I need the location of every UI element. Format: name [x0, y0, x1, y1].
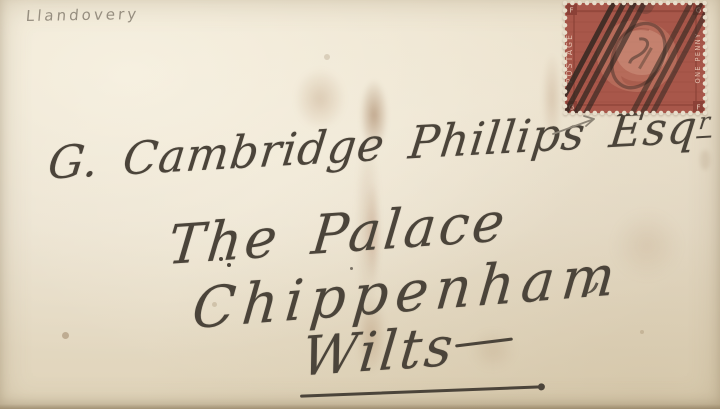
address-line-county: Wilts [299, 314, 459, 388]
ink-flourish-t-cross [455, 337, 513, 347]
stamp-corner-letter-bottom-right: F [696, 104, 700, 112]
stamp-right-inscription: ONE PENNY [694, 32, 702, 83]
postage-stamp: POSTAGE ONE PENNY F G G F [561, 0, 709, 116]
ink-dot [219, 257, 223, 261]
pencil-arrow [550, 110, 602, 138]
ink-dot [227, 263, 231, 267]
stain-speck [640, 330, 644, 334]
stamp-corner-letter-top-left: F [569, 7, 573, 15]
envelope-front: Llandovery G. Cambridge Phillips Esqr Th… [0, 0, 720, 409]
stain-speck [324, 54, 330, 60]
ink-dot [350, 267, 353, 270]
pencil-note: Llandovery [25, 5, 140, 25]
stain [470, 330, 516, 370]
ink-underline-flourish [300, 385, 542, 397]
stain-speck [62, 332, 69, 339]
